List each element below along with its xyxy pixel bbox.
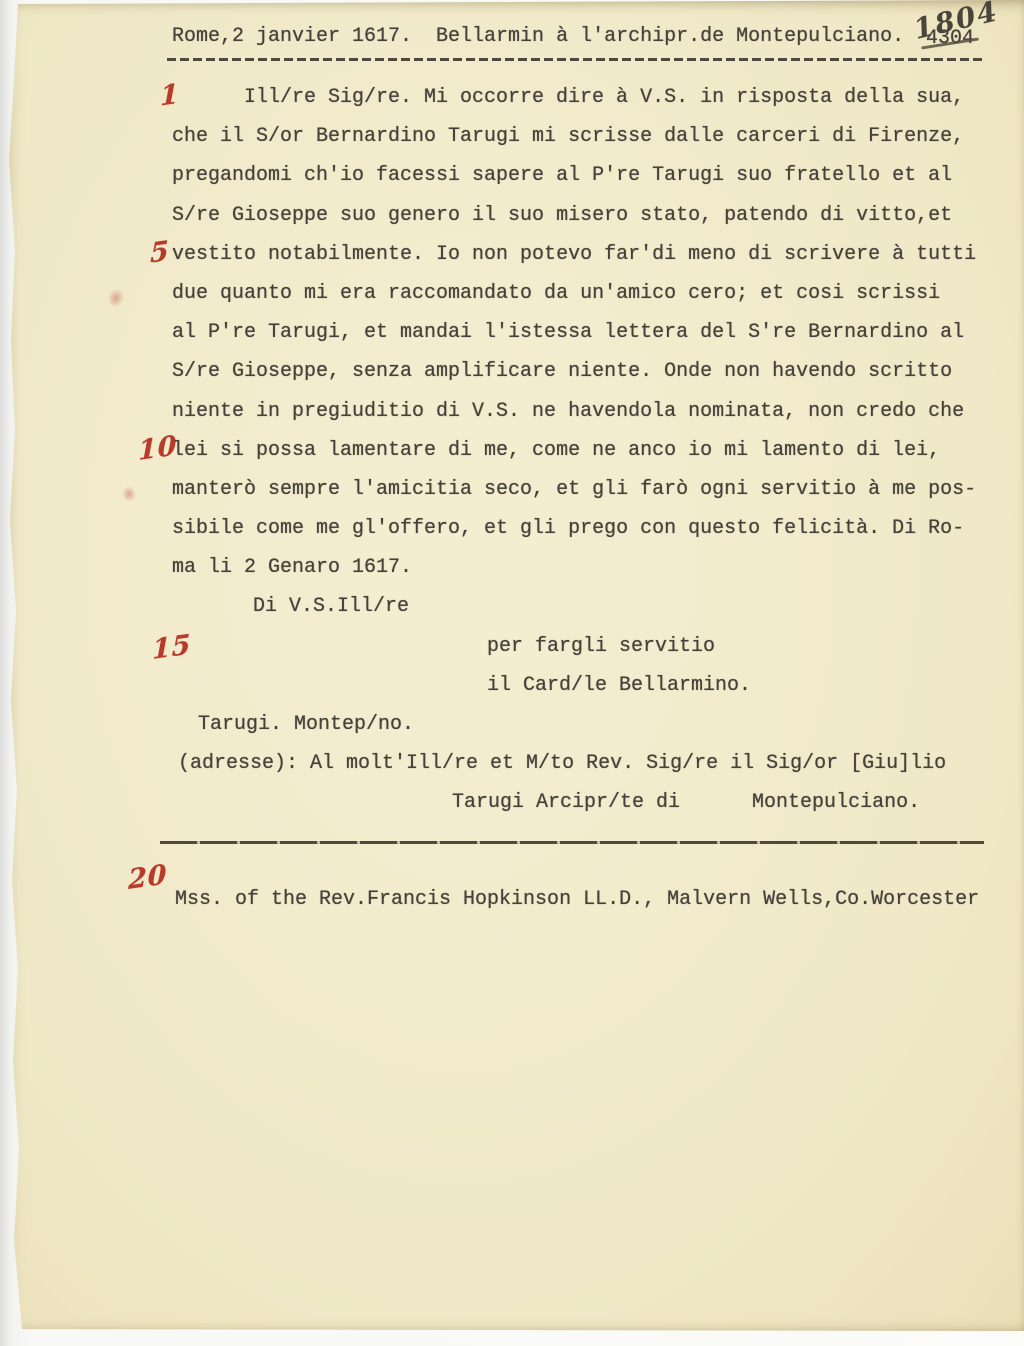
signature-line: il Card/le Bellarmino. (172, 666, 1012, 705)
docket-line: Tarugi. Montep/no. (172, 705, 1012, 744)
letter-line: sibile come me gl'offero, et gli prego c… (172, 509, 1012, 548)
address-line: Tarugi Arcipr/te di Montepulciano. (172, 783, 1012, 822)
letter-line: due quanto mi era raccomandato da un'ami… (172, 274, 1012, 313)
letter-line: che il S/or Bernardino Tarugi mi scrisse… (172, 117, 1012, 156)
provenance-note: Mss. of the Rev.Francis Hopkinson LL.D.,… (172, 880, 1012, 919)
ink-smudge (120, 484, 138, 503)
letter-line: lei si possa lamentare di me, come ne an… (172, 431, 1012, 470)
dateline: Rome,2 janvier 1617. Bellarmin à l'archi… (172, 25, 904, 48)
letter-line: S/re Gioseppe, senza amplificare niente.… (172, 352, 1012, 391)
letter-line: al P're Tarugi, et mandai l'istessa lett… (172, 313, 1012, 352)
closing-line: Di V.S.Ill/re (172, 587, 1012, 626)
letter-line: niente in pregiuditio di V.S. ne havendo… (172, 392, 1012, 431)
address-line: (adresse): Al molt'Ill/re et M/to Rev. S… (172, 744, 1012, 783)
scanned-letter-page: Rome,2 janvier 1617. Bellarmin à l'archi… (0, 0, 1024, 1331)
letter-line: pregandomi ch'io facessi sapere al P're … (172, 156, 1012, 195)
letter-line: vestito notabilmente. Io non potevo far'… (172, 235, 1012, 274)
letter-line: Ill/re Sig/re. Mi occorre dire à V.S. in… (172, 78, 1012, 117)
margin-line-number-20: 20 (128, 859, 167, 896)
letter-body: Ill/re Sig/re. Mi occorre dire à V.S. in… (172, 78, 1012, 919)
margin-line-number-5: 5 (150, 235, 170, 269)
solid-separator (160, 841, 984, 844)
letter-line: ma li 2 Genaro 1617. (172, 548, 1012, 587)
signature-line: per fargli servitio (172, 627, 1012, 666)
ink-smudge (105, 286, 127, 310)
letter-line: S/re Gioseppe suo genero il suo misero s… (172, 196, 1012, 235)
letter-line: manterò sempre l'amicitia seco, et gli f… (172, 470, 1012, 509)
dashed-separator (167, 58, 985, 61)
separator-slot (172, 841, 1012, 880)
